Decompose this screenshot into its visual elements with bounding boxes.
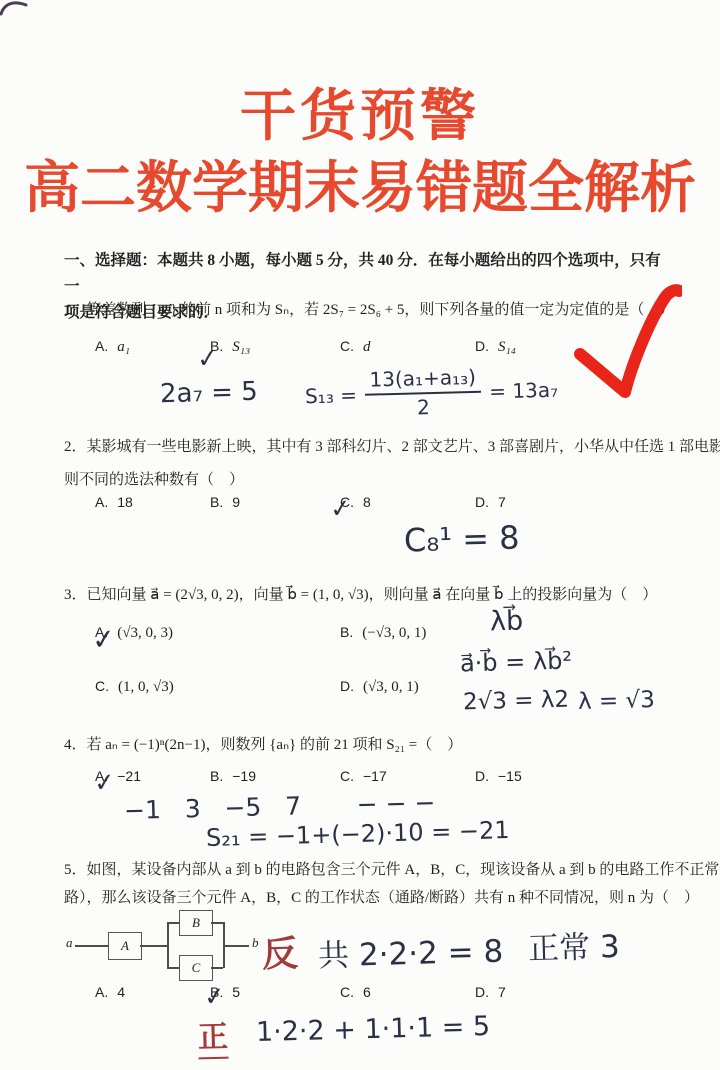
q3-handwritten-work2: a⃗·b⃗ = λb⃗² bbox=[460, 647, 573, 678]
q2-option-d: D.7 bbox=[475, 494, 506, 512]
circuit-wire bbox=[140, 945, 167, 947]
circuit-wire bbox=[211, 967, 223, 969]
q1-handwritten-work2: S₁₃ = 13(a₁+a₁₃) 2 = 13a₇ bbox=[304, 363, 558, 423]
circuit-box-A: A bbox=[108, 932, 142, 960]
q5-option-d: D.7 bbox=[475, 984, 506, 1002]
q4-option-b: B.−19 bbox=[210, 768, 256, 786]
page-title: 干货预警 bbox=[0, 72, 720, 152]
q5-option-a: A.4 bbox=[95, 984, 125, 1002]
corner-pen-mark bbox=[0, 0, 30, 16]
q2-option-a: A.18 bbox=[95, 494, 133, 512]
q4-answer-check-icon: ✓ bbox=[93, 769, 116, 796]
q2-handwritten-work: C₈¹ = 8 bbox=[404, 518, 520, 559]
q5-handwritten-work3: 1·2·2 + 1·1·1 = 5 bbox=[256, 1011, 491, 1048]
q2-option-b: B.9 bbox=[210, 494, 240, 512]
q3-answer-check-icon: ✓ bbox=[91, 625, 117, 655]
q4-option-c: C.−17 bbox=[340, 768, 387, 786]
q5-text-line1: 5．如图，某设备内部从 a 到 b 的电路包含三个元件 A，B，C，现该设备从 … bbox=[64, 859, 720, 881]
q1-answer-check-icon: ✓ bbox=[196, 345, 219, 372]
q3-option-b: B.(−√3, 0, 1) bbox=[340, 624, 426, 642]
q5-circuit-diagram: a A B C b bbox=[64, 912, 264, 992]
q5-handwritten-work1: 共 2·2·2 = 8 bbox=[317, 926, 503, 976]
q5-answer-check-icon: ✓ bbox=[203, 983, 226, 1010]
circuit-wire bbox=[223, 945, 249, 947]
circuit-wire bbox=[75, 945, 108, 947]
q3-option-d: D.(√3, 0, 1) bbox=[340, 678, 419, 696]
q1-option-a: A.a₁ bbox=[95, 338, 130, 356]
q3-text: 3．已知向量 a⃗ = (2√3, 0, 2)，向量 b⃗ = (1, 0, √… bbox=[64, 584, 657, 606]
q3-handwritten-work4: λ = √3 bbox=[578, 687, 655, 715]
q4-option-d: D.−15 bbox=[475, 768, 522, 786]
handwritten-fraction: 13(a₁+a₁₃) 2 bbox=[364, 365, 482, 421]
q2-text-line1: 2．某影城有一些电影新上映，其中有 3 部科幻片、2 部文艺片、3 部喜剧片，小… bbox=[64, 436, 720, 458]
q1-option-d: D.S₁₄ bbox=[475, 338, 516, 356]
q2-options: A.18 B.9 C.8 D.7 bbox=[64, 494, 674, 520]
q4-text: 4．若 aₙ = (−1)ⁿ(2n−1)，则数列 {aₙ} 的前 21 项和 S… bbox=[64, 734, 462, 756]
q5-text-line2: 路），那么该设备三个元件 A，B，C 的工作状态（通路/断路）共有 n 种不同情… bbox=[64, 887, 699, 909]
q3-options-row1: A.(√3, 0, 3) B.(−√3, 0, 1) bbox=[64, 624, 674, 650]
circuit-wire bbox=[211, 922, 223, 924]
q5-option-c: C.6 bbox=[340, 984, 371, 1002]
circuit-node-a-label: a bbox=[66, 935, 73, 951]
q5-options: A.4 B.5 C.6 D.7 bbox=[64, 984, 674, 1010]
q2-answer-check-icon: ✓ bbox=[329, 495, 352, 522]
q2-text-line2: 则不同的选法种数有（ ） bbox=[64, 469, 244, 491]
big-red-checkmark-icon bbox=[570, 278, 682, 406]
q3-handwritten-work1: λb⃗ bbox=[490, 606, 524, 638]
circuit-wire bbox=[167, 967, 179, 969]
q5-red-note-fan: 反 bbox=[261, 926, 298, 978]
q1-handwritten-work1: 2a₇ = 5 bbox=[160, 377, 259, 410]
q3-handwritten-work3: 2√3 = λ2 bbox=[463, 687, 570, 716]
exam-paper-photo: 干货预警 高二数学期末易错题全解析 一、选择题：本题共 8 小题，每小题 5 分… bbox=[0, 0, 720, 1070]
q3-option-c: C.(1, 0, √3) bbox=[95, 678, 174, 696]
q5-handwritten-work2: 正常 3 bbox=[527, 921, 620, 968]
page-subtitle: 高二数学期末易错题全解析 bbox=[0, 144, 720, 224]
q1-option-c: C.d bbox=[340, 338, 371, 356]
circuit-wire bbox=[167, 922, 179, 924]
circuit-node-b-label: b bbox=[252, 935, 259, 951]
circuit-junction-left bbox=[167, 922, 169, 968]
circuit-box-B: B bbox=[179, 910, 213, 936]
q5-red-note-zheng: 正 bbox=[197, 1012, 228, 1060]
circuit-box-C: C bbox=[179, 955, 213, 981]
